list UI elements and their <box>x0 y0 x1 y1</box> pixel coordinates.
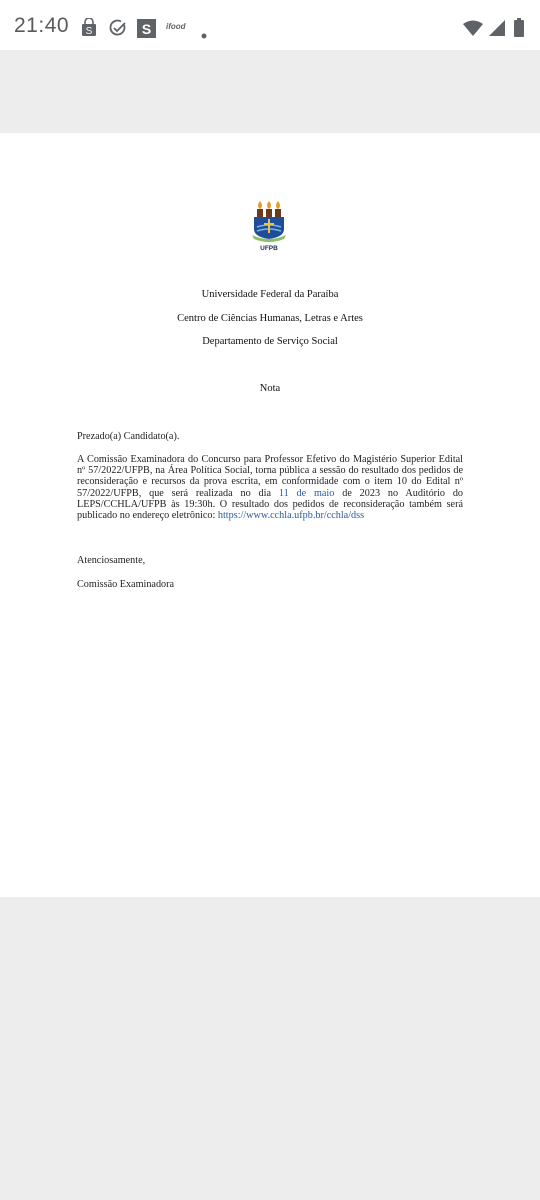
status-bar: 21:40 S S ifood <box>0 0 540 50</box>
battery-icon <box>514 18 524 42</box>
svg-text:S: S <box>142 21 151 37</box>
closing: Atenciosamente, <box>77 555 463 566</box>
document-page: UFPB Universidade Federal da Paraíba Cen… <box>0 133 540 897</box>
date-highlight: 11 de maio <box>279 488 335 499</box>
center-name: Centro de Ciências Humanas, Letras e Art… <box>0 313 540 324</box>
svg-text:UFPB: UFPB <box>260 245 278 251</box>
shopping-bag-icon: S <box>81 18 97 42</box>
signature: Comissão Examinadora <box>77 579 463 590</box>
department-name: Departamento de Serviço Social <box>0 336 540 347</box>
university-name: Universidade Federal da Paraíba <box>0 289 540 300</box>
s-app-icon: S <box>137 19 156 43</box>
signal-icon <box>489 20 505 41</box>
dot-icon <box>201 26 207 44</box>
announcement-paragraph: A Comissão Examinadora do Concurso para … <box>77 454 463 521</box>
dss-website-link[interactable]: https://www.cchla.ufpb.br/cchla/dss <box>218 510 364 521</box>
ufpb-logo: UFPB <box>251 199 287 251</box>
svg-text:S: S <box>86 26 93 37</box>
check-circle-icon <box>109 19 127 42</box>
wifi-icon <box>463 20 483 41</box>
greeting: Prezado(a) Candidato(a). <box>77 431 463 442</box>
document-title: Nota <box>0 383 540 394</box>
ifood-icon: ifood <box>166 22 186 31</box>
status-time: 21:40 <box>14 14 69 38</box>
